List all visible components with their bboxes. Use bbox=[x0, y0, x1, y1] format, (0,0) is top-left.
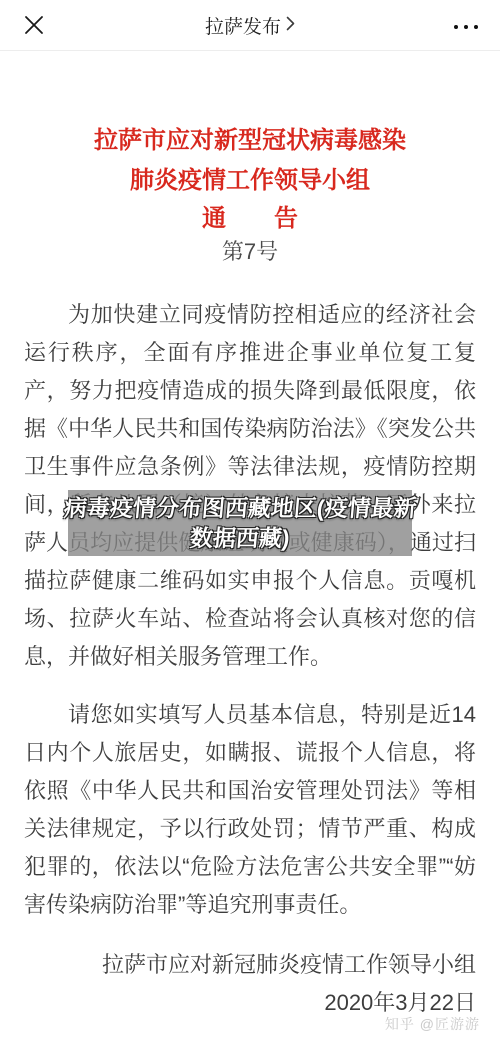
notice-title-line3: 通 告 bbox=[0, 204, 500, 234]
overlay-caption-line1: 病毒疫情分布图西藏地区(疫情最新 bbox=[62, 493, 417, 523]
notice-signature-block: 拉萨市应对新冠肺炎疫情工作领导小组 2020年3月22日 bbox=[102, 946, 476, 1022]
channel-title[interactable]: 拉萨发布 bbox=[0, 0, 500, 51]
more-icon bbox=[454, 25, 478, 29]
top-bar: 拉萨发布 bbox=[0, 0, 500, 51]
notice-paragraph-2: 请您如实填写人员基本信息，特别是近14日内个人旅居史，如瞒报、谎报个人信息，将依… bbox=[24, 696, 476, 924]
zhihu-watermark: 知乎 @匠游游 bbox=[385, 1014, 480, 1034]
more-button[interactable] bbox=[454, 23, 478, 31]
app-screen: 拉萨发布 拉萨市应对新型冠状病毒感染 肺炎疫情工作领导小组 通 告 第7号 为加… bbox=[0, 0, 500, 1047]
chevron-right-icon bbox=[286, 15, 295, 37]
notice-title-line2: 肺炎疫情工作领导小组 bbox=[0, 166, 500, 196]
notice-number: 第7号 bbox=[0, 238, 500, 266]
overlay-caption-line2: 数据西藏) bbox=[189, 523, 291, 553]
notice-signature: 拉萨市应对新冠肺炎疫情工作领导小组 bbox=[102, 946, 476, 984]
notice-title-line1: 拉萨市应对新型冠状病毒感染 bbox=[0, 126, 500, 156]
channel-title-label: 拉萨发布 bbox=[205, 12, 281, 39]
overlay-caption: 病毒疫情分布图西藏地区(疫情最新 数据西藏) bbox=[68, 490, 412, 556]
notice-paragraph-1: 为加快建立同疫情防控相适应的经济社会运行秩序，全面有序推进企事业单位复工复产，努… bbox=[24, 296, 476, 676]
